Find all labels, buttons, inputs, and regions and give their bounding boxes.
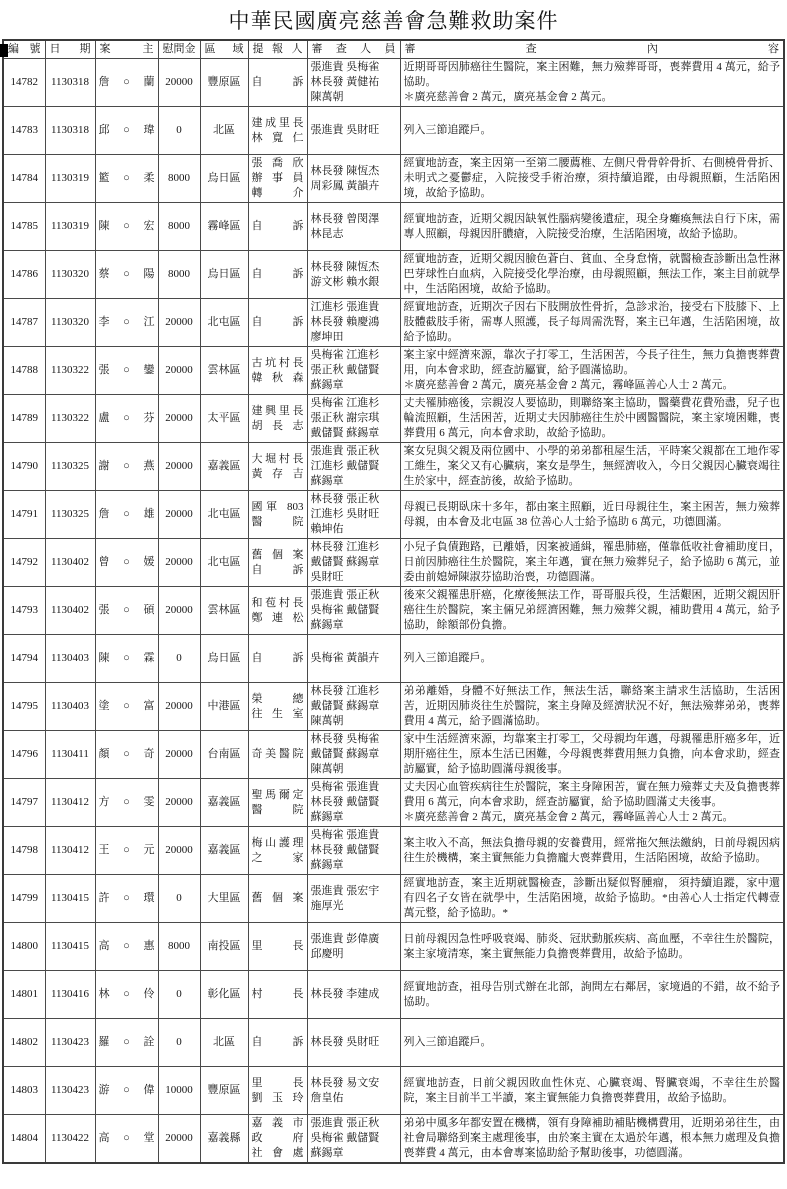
case-amount-cell: 8000 — [158, 251, 200, 299]
case-date-cell: 1130322 — [45, 347, 95, 395]
case-reviewers-cell: 林長發 易文安詹皇佑 — [307, 1067, 400, 1115]
case-name-cell: 盧 ○ 芬 — [95, 395, 158, 443]
case-review-content-cell: 後來父親罹患肝癌，化療後無法工作，哥哥服兵役，生活艱困，近期父親因肝癌往生於醫院… — [400, 587, 784, 635]
case-id-cell: 14793 — [3, 587, 45, 635]
case-district-cell: 嘉義區 — [200, 827, 248, 875]
table-row: 14793 1130402 張 ○ 碩 20000 雲林區 和苞村長鄭 連 松 … — [3, 587, 784, 635]
table-row: 14798 1130412 王 ○ 元 20000 嘉義區 梅山護理之 家 吳梅… — [3, 827, 784, 875]
case-reviewers-cell: 林長發 李建成 — [307, 971, 400, 1019]
header-case-name: 案 主 — [95, 40, 158, 59]
case-review-content-cell: 小兒子負債跑路，已離婚，因案被通緝，罹患肺癌，僅靠低收社會補助度日，日前因肺癌往… — [400, 539, 784, 587]
table-row: 14803 1130423 游 ○ 偉 10000 豐原區 里 長劉 玉 玲 林… — [3, 1067, 784, 1115]
case-review-content-cell: 丈夫因心血管疾病往生於醫院，案主身障困苦，實在無力殮葬丈夫及負擔喪葬費用 6 萬… — [400, 779, 784, 827]
case-district-cell: 烏日區 — [200, 635, 248, 683]
case-name-cell: 游 ○ 偉 — [95, 1067, 158, 1115]
case-reviewers-cell: 吳梅雀 張進貴林長發 戴儲賢蘇錫章 — [307, 779, 400, 827]
case-amount-cell: 0 — [158, 971, 200, 1019]
case-name-cell: 張 ○ 碩 — [95, 587, 158, 635]
case-review-content-cell: 列入三節追蹤戶。 — [400, 635, 784, 683]
case-name-cell: 陳 ○ 宏 — [95, 203, 158, 251]
case-date-cell: 1130423 — [45, 1019, 95, 1067]
case-name-cell: 王 ○ 元 — [95, 827, 158, 875]
case-reporter-cell: 自 訴 — [248, 1019, 307, 1067]
case-id-cell: 14788 — [3, 347, 45, 395]
case-id-cell: 14786 — [3, 251, 45, 299]
table-row: 14786 1130320 蔡 ○ 陽 8000 烏日區 自 訴 林長發 陳恆杰… — [3, 251, 784, 299]
header-case-id: 編 號 — [3, 40, 45, 59]
case-name-cell: 顏 ○ 奇 — [95, 731, 158, 779]
case-review-content-cell: 經實地訪查，近期父親因缺氧性腦病變後遺症，現全身癱瘓無法自行下床，需專人照顧，母… — [400, 203, 784, 251]
case-id-cell: 14787 — [3, 299, 45, 347]
case-date-cell: 1130412 — [45, 779, 95, 827]
case-reporter-cell: 張 喬 欣辦 事 員轉 介 — [248, 155, 307, 203]
header-row: 編 號 日 期 案 主 慰問金 區 域 提 報 人 審 查 人 員 審 查 內 … — [3, 40, 784, 59]
case-name-cell: 高 ○ 惠 — [95, 923, 158, 971]
case-name-cell: 蔡 ○ 陽 — [95, 251, 158, 299]
case-district-cell: 嘉義縣 — [200, 1115, 248, 1164]
cases-table-body: 14782 1130318 詹 ○ 蘭 20000 豐原區 自 訴 張進貴 吳梅… — [3, 59, 784, 1164]
case-review-content-cell: 近期哥哥因肺癌往生醫院，案主困難，無力殮葬哥哥，喪葬費用 4 萬元，給予協助。＊… — [400, 59, 784, 107]
case-name-cell: 詹 ○ 雄 — [95, 491, 158, 539]
header-amount: 慰問金 — [158, 40, 200, 59]
case-id-cell: 14801 — [3, 971, 45, 1019]
table-row: 14790 1130325 謝 ○ 燕 20000 嘉義區 大堀村長黃 存 吉 … — [3, 443, 784, 491]
case-amount-cell: 20000 — [158, 683, 200, 731]
case-reporter-cell: 梅山護理之 家 — [248, 827, 307, 875]
case-amount-cell: 20000 — [158, 299, 200, 347]
case-reporter-cell: 自 訴 — [248, 251, 307, 299]
case-amount-cell: 0 — [158, 107, 200, 155]
case-reporter-cell: 舊 個 案 — [248, 875, 307, 923]
case-name-cell: 羅 ○ 詮 — [95, 1019, 158, 1067]
case-district-cell: 雲林區 — [200, 347, 248, 395]
case-date-cell: 1130416 — [45, 971, 95, 1019]
case-reporter-cell: 奇美醫院 — [248, 731, 307, 779]
case-id-cell: 14789 — [3, 395, 45, 443]
case-date-cell: 1130411 — [45, 731, 95, 779]
case-reporter-cell: 里 長 — [248, 923, 307, 971]
case-date-cell: 1130415 — [45, 923, 95, 971]
case-amount-cell: 20000 — [158, 59, 200, 107]
case-date-cell: 1130320 — [45, 299, 95, 347]
case-name-cell: 塗 ○ 富 — [95, 683, 158, 731]
case-review-content-cell: 弟弟離婚，身體不好無法工作，無法生活，聯絡案主請求生活協助，生活困苦，近期因肺炎… — [400, 683, 784, 731]
header-reporter: 提 報 人 — [248, 40, 307, 59]
case-reporter-cell: 舊 個 案自 訴 — [248, 539, 307, 587]
cases-table: 編 號 日 期 案 主 慰問金 區 域 提 報 人 審 查 人 員 審 查 內 … — [2, 39, 785, 1164]
table-row: 14800 1130415 高 ○ 惠 8000 南投區 里 長 張進貴 彭偉廣… — [3, 923, 784, 971]
case-name-cell: 高 ○ 堂 — [95, 1115, 158, 1164]
case-id-cell: 14798 — [3, 827, 45, 875]
table-row: 14787 1130320 李 ○ 江 20000 北屯區 自 訴 江進杉 張進… — [3, 299, 784, 347]
case-id-cell: 14791 — [3, 491, 45, 539]
case-reviewers-cell: 林長發 陳恆杰周彩鳳 黃韻卉 — [307, 155, 400, 203]
case-date-cell: 1130403 — [45, 635, 95, 683]
case-district-cell: 中港區 — [200, 683, 248, 731]
case-review-content-cell: 丈夫罹肺癌後，宗親沒人要協助，則聯絡案主協助，醫藥費花費殆盡，兒子也輪流照顧，生… — [400, 395, 784, 443]
case-review-content-cell: 案女兒與父親及兩位國中、小學的弟弟都租屋生活，平時案父親都在工地作零工維生，案父… — [400, 443, 784, 491]
page-title: 中華民國廣亮慈善會急難救助案件 — [0, 5, 787, 35]
case-reviewers-cell: 林長發 曾閔澤林昆志 — [307, 203, 400, 251]
case-reporter-cell: 榮 總往 生 室 — [248, 683, 307, 731]
case-district-cell: 北屯區 — [200, 539, 248, 587]
case-name-cell: 林 ○ 伶 — [95, 971, 158, 1019]
case-date-cell: 1130320 — [45, 251, 95, 299]
case-reporter-cell: 古坑村長韓 秋 森 — [248, 347, 307, 395]
case-amount-cell: 20000 — [158, 779, 200, 827]
header-review-content: 審 查 內 容 — [400, 40, 784, 59]
case-name-cell: 曾 ○ 媛 — [95, 539, 158, 587]
case-amount-cell: 0 — [158, 635, 200, 683]
case-district-cell: 烏日區 — [200, 155, 248, 203]
case-date-cell: 1130402 — [45, 587, 95, 635]
table-row: 14799 1130415 許 ○ 環 0 大里區 舊 個 案 張進貴 張宏宇施… — [3, 875, 784, 923]
case-id-cell: 14800 — [3, 923, 45, 971]
case-review-content-cell: 列入三節追蹤戶。 — [400, 1019, 784, 1067]
case-review-content-cell: 經實地訪查，案主近期就醫檢查，診斷出疑似腎腫瘤， 須持續追蹤，家中還有四名子女皆… — [400, 875, 784, 923]
case-district-cell: 北屯區 — [200, 299, 248, 347]
case-reporter-cell: 村 長 — [248, 971, 307, 1019]
case-reviewers-cell: 林長發 陳恆杰游文彬 賴水銀 — [307, 251, 400, 299]
case-amount-cell: 20000 — [158, 491, 200, 539]
case-reviewers-cell: 張進貴 吳財旺 — [307, 107, 400, 155]
case-reviewers-cell: 林長發 張正秋江進杉 吳財旺賴坤佑 — [307, 491, 400, 539]
case-review-content-cell: 列入三節追蹤戶。 — [400, 107, 784, 155]
table-row: 14783 1130318 邱 ○ 瑋 0 北區 建成里長林 寬 仁 張進貴 吳… — [3, 107, 784, 155]
case-reviewers-cell: 吳梅雀 張進貴林長發 戴儲賢蘇錫章 — [307, 827, 400, 875]
case-id-cell: 14790 — [3, 443, 45, 491]
case-district-cell: 豐原區 — [200, 59, 248, 107]
case-district-cell: 太平區 — [200, 395, 248, 443]
case-id-cell: 14782 — [3, 59, 45, 107]
case-review-content-cell: 日前母親因急性呼吸衰竭、肺炎、冠狀動脈疾病、高血壓，不幸往生於醫院，案主家境清寒… — [400, 923, 784, 971]
case-date-cell: 1130318 — [45, 59, 95, 107]
case-district-cell: 台南區 — [200, 731, 248, 779]
case-review-content-cell: 案主家中經濟來源，靠次子打零工，生活困苦，今長子往生，無力負擔喪葬費用，向本會求… — [400, 347, 784, 395]
case-reporter-cell: 國軍 803醫 院 — [248, 491, 307, 539]
table-row: 14785 1130319 陳 ○ 宏 8000 霧峰區 自 訴 林長發 曾閔澤… — [3, 203, 784, 251]
case-amount-cell: 20000 — [158, 347, 200, 395]
case-date-cell: 1130415 — [45, 875, 95, 923]
case-district-cell: 雲林區 — [200, 587, 248, 635]
header-reviewers: 審 查 人 員 — [307, 40, 400, 59]
table-row: 14784 1130319 籃 ○ 柔 8000 烏日區 張 喬 欣辦 事 員轉… — [3, 155, 784, 203]
case-reviewers-cell: 江進杉 張進貴林長發 賴慶鴻廖坤田 — [307, 299, 400, 347]
case-name-cell: 籃 ○ 柔 — [95, 155, 158, 203]
case-review-content-cell: 經實地訪查，日前父親因敗血性休克、心臟衰竭、腎臟衰竭，不幸往生於醫院，案主目前半… — [400, 1067, 784, 1115]
table-row: 14802 1130423 羅 ○ 詮 0 北區 自 訴 林長發 吳財旺 列入三… — [3, 1019, 784, 1067]
case-reporter-cell: 建興里長胡 長 志 — [248, 395, 307, 443]
case-date-cell: 1130412 — [45, 827, 95, 875]
table-row: 14795 1130403 塗 ○ 富 20000 中港區 榮 總往 生 室 林… — [3, 683, 784, 731]
case-id-cell: 14783 — [3, 107, 45, 155]
case-district-cell: 嘉義區 — [200, 443, 248, 491]
case-id-cell: 14784 — [3, 155, 45, 203]
case-date-cell: 1130422 — [45, 1115, 95, 1164]
case-id-cell: 14802 — [3, 1019, 45, 1067]
case-reporter-cell: 建成里長林 寬 仁 — [248, 107, 307, 155]
case-amount-cell: 20000 — [158, 587, 200, 635]
case-name-cell: 李 ○ 江 — [95, 299, 158, 347]
case-id-cell: 14797 — [3, 779, 45, 827]
case-reporter-cell: 大堀村長黃 存 吉 — [248, 443, 307, 491]
case-reviewers-cell: 張進貴 張宏宇施厚光 — [307, 875, 400, 923]
case-amount-cell: 0 — [158, 1019, 200, 1067]
case-district-cell: 大里區 — [200, 875, 248, 923]
case-review-content-cell: 弟弟中風多年都安置在機構，領有身障補助補貼機構費用，近期弟弟往生，由社會局聯絡到… — [400, 1115, 784, 1164]
case-reviewers-cell: 林長發 吳梅雀戴儲賢 蘇錫章陳萬朝 — [307, 731, 400, 779]
case-name-cell: 陳 ○ 霖 — [95, 635, 158, 683]
case-name-cell: 詹 ○ 蘭 — [95, 59, 158, 107]
case-reporter-cell: 自 訴 — [248, 299, 307, 347]
table-row: 14791 1130325 詹 ○ 雄 20000 北屯區 國軍 803醫 院 … — [3, 491, 784, 539]
case-id-cell: 14785 — [3, 203, 45, 251]
case-name-cell: 方 ○ 雯 — [95, 779, 158, 827]
case-reviewers-cell: 吳梅雀 江進杉張正秋 戴儲賢蘇錫章 — [307, 347, 400, 395]
case-reviewers-cell: 吳梅雀 江進杉張正秋 謝宗琪戴儲賢 蘇錫章 — [307, 395, 400, 443]
case-date-cell: 1130325 — [45, 443, 95, 491]
case-amount-cell: 20000 — [158, 539, 200, 587]
case-amount-cell: 10000 — [158, 1067, 200, 1115]
case-reporter-cell: 自 訴 — [248, 59, 307, 107]
case-reporter-cell: 聖馬爾定醫 院 — [248, 779, 307, 827]
table-header: 編 號 日 期 案 主 慰問金 區 域 提 報 人 審 查 人 員 審 查 內 … — [3, 40, 784, 59]
case-id-cell: 14799 — [3, 875, 45, 923]
case-name-cell: 邱 ○ 瑋 — [95, 107, 158, 155]
case-amount-cell: 20000 — [158, 827, 200, 875]
table-row: 14789 1130322 盧 ○ 芬 20000 太平區 建興里長胡 長 志 … — [3, 395, 784, 443]
case-reviewers-cell: 張進貴 彭偉廣邱慶明 — [307, 923, 400, 971]
case-amount-cell: 0 — [158, 875, 200, 923]
case-district-cell: 彰化區 — [200, 971, 248, 1019]
table-row: 14797 1130412 方 ○ 雯 20000 嘉義區 聖馬爾定醫 院 吳梅… — [3, 779, 784, 827]
case-district-cell: 烏日區 — [200, 251, 248, 299]
case-reporter-cell: 里 長劉 玉 玲 — [248, 1067, 307, 1115]
table-row: 14788 1130322 張 ○ 鑾 20000 雲林區 古坑村長韓 秋 森 … — [3, 347, 784, 395]
case-reviewers-cell: 林長發 吳財旺 — [307, 1019, 400, 1067]
case-date-cell: 1130423 — [45, 1067, 95, 1115]
case-review-content-cell: 母親已長期臥床十多年，都由案主照顧，近日母親往生，案主困苦，無力殮葬母親，由本會… — [400, 491, 784, 539]
case-date-cell: 1130318 — [45, 107, 95, 155]
case-amount-cell: 20000 — [158, 395, 200, 443]
case-reporter-cell: 自 訴 — [248, 203, 307, 251]
case-reporter-cell: 和苞村長鄭 連 松 — [248, 587, 307, 635]
case-amount-cell: 20000 — [158, 1115, 200, 1164]
case-reporter-cell: 嘉 義 市政 府社 會 處 — [248, 1115, 307, 1164]
case-name-cell: 謝 ○ 燕 — [95, 443, 158, 491]
case-id-cell: 14803 — [3, 1067, 45, 1115]
header-district: 區 域 — [200, 40, 248, 59]
case-reviewers-cell: 林長發 江進杉戴儲賢 蘇錫章吳財旺 — [307, 539, 400, 587]
table-row: 14792 1130402 曾 ○ 媛 20000 北屯區 舊 個 案自 訴 林… — [3, 539, 784, 587]
case-date-cell: 1130403 — [45, 683, 95, 731]
scan-edge-mark — [0, 44, 8, 57]
case-amount-cell: 8000 — [158, 203, 200, 251]
case-name-cell: 張 ○ 鑾 — [95, 347, 158, 395]
case-amount-cell: 20000 — [158, 443, 200, 491]
table-row: 14796 1130411 顏 ○ 奇 20000 台南區 奇美醫院 林長發 吳… — [3, 731, 784, 779]
case-reviewers-cell: 林長發 江進杉戴儲賢 蘇錫章陳萬朝 — [307, 683, 400, 731]
case-review-content-cell: 經實地訪查，祖母告別式辦在北部，詢問左右鄰居，家境過的不錯，故不給予協助。 — [400, 971, 784, 1019]
case-id-cell: 14794 — [3, 635, 45, 683]
case-date-cell: 1130402 — [45, 539, 95, 587]
case-reviewers-cell: 張進貴 張正秋吳梅雀 戴儲賢蘇錫章 — [307, 1115, 400, 1164]
table-row: 14782 1130318 詹 ○ 蘭 20000 豐原區 自 訴 張進貴 吳梅… — [3, 59, 784, 107]
case-reviewers-cell: 張進貴 吳梅雀林長發 黃健祐陳萬朝 — [307, 59, 400, 107]
case-district-cell: 北區 — [200, 1019, 248, 1067]
case-id-cell: 14795 — [3, 683, 45, 731]
case-reviewers-cell: 吳梅雀 黃韻卉 — [307, 635, 400, 683]
case-id-cell: 14804 — [3, 1115, 45, 1164]
case-name-cell: 許 ○ 環 — [95, 875, 158, 923]
case-reviewers-cell: 張進貴 張正秋吳梅雀 戴儲賢蘇錫章 — [307, 587, 400, 635]
table-row: 14801 1130416 林 ○ 伶 0 彰化區 村 長 林長發 李建成 經實… — [3, 971, 784, 1019]
case-amount-cell: 20000 — [158, 731, 200, 779]
table-row: 14804 1130422 高 ○ 堂 20000 嘉義縣 嘉 義 市政 府社 … — [3, 1115, 784, 1164]
case-review-content-cell: 經實地訪查，近期次子因右下肢開放性骨折，急診求治，接受右下肢膝下、上肢體截肢手術… — [400, 299, 784, 347]
case-amount-cell: 8000 — [158, 923, 200, 971]
table-row: 14794 1130403 陳 ○ 霖 0 烏日區 自 訴 吳梅雀 黃韻卉 列入… — [3, 635, 784, 683]
case-district-cell: 南投區 — [200, 923, 248, 971]
header-date: 日 期 — [45, 40, 95, 59]
case-id-cell: 14792 — [3, 539, 45, 587]
case-date-cell: 1130319 — [45, 203, 95, 251]
case-reviewers-cell: 張進貴 張正秋江進杉 戴儲賢蘇錫章 — [307, 443, 400, 491]
case-review-content-cell: 經實地訪查，案主因第一至第二腰薦椎、左側尺骨骨幹骨折、右側橈骨骨折、未明式之憂鬱… — [400, 155, 784, 203]
case-district-cell: 北屯區 — [200, 491, 248, 539]
case-district-cell: 豐原區 — [200, 1067, 248, 1115]
case-date-cell: 1130319 — [45, 155, 95, 203]
case-district-cell: 霧峰區 — [200, 203, 248, 251]
case-review-content-cell: 經實地訪查，近期父親因臉色蒼白、貧血、全身怠惰，就醫檢查診斷出急性淋巴芽球性白血… — [400, 251, 784, 299]
case-id-cell: 14796 — [3, 731, 45, 779]
case-district-cell: 北區 — [200, 107, 248, 155]
case-review-content-cell: 家中生活經濟來源，均靠案主打零工，父母親均年邁，母親罹患肝癌多年，近期肝癌往生，… — [400, 731, 784, 779]
case-review-content-cell: 案主收入不高，無法負擔母親的安養費用，經常拖欠無法繳納，日前母親因病往生於機構，… — [400, 827, 784, 875]
case-date-cell: 1130325 — [45, 491, 95, 539]
case-reporter-cell: 自 訴 — [248, 635, 307, 683]
case-district-cell: 嘉義區 — [200, 779, 248, 827]
case-amount-cell: 8000 — [158, 155, 200, 203]
case-date-cell: 1130322 — [45, 395, 95, 443]
